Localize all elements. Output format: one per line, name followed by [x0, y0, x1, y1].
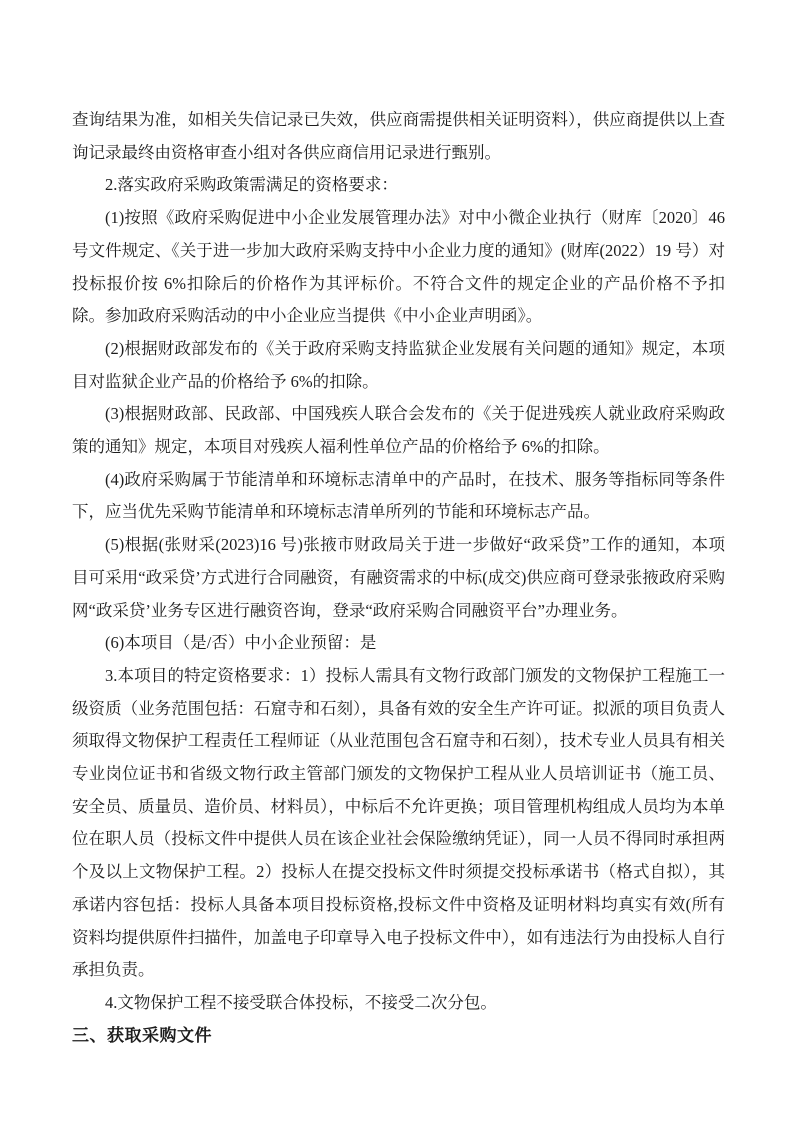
- paragraph-item-3: 3.本项目的特定资格要求：1）投标人需具有文物行政部门颁发的文物保护工程施工一级…: [72, 660, 725, 987]
- document-page: 查询结果为准，如相关失信记录已失效，供应商需提供相关证明资料），供应商提供以上查…: [0, 0, 793, 1122]
- section-heading-get-procurement-documents: 三、获取采购文件: [72, 1020, 725, 1053]
- paragraph-item-2-3: (3)根据财政部、民政部、中国残疾人联合会发布的《关于促进残疾人就业政府采购政策…: [72, 398, 725, 463]
- paragraph-item-2-1: (1)按照《政府采购促进中小企业发展管理办法》对中小微企业执行（财库〔2020〕…: [72, 202, 725, 333]
- paragraph-item-2-5: (5)根据(张财采(2023)16 号)张掖市财政局关于进一步做好“政采贷”工作…: [72, 529, 725, 627]
- paragraph-item-2-6: (6)本项目（是/否）中小企业预留：是: [72, 627, 725, 660]
- paragraph-continuation: 查询结果为准，如相关失信记录已失效，供应商需提供相关证明资料），供应商提供以上查…: [72, 104, 725, 169]
- paragraph-item-2-2: (2)根据财政部发布的《关于政府采购支持监狱企业发展有关问题的通知》规定，本项目…: [72, 333, 725, 398]
- paragraph-item-2-4: (4)政府采购属于节能清单和环境标志清单中的产品时，在技术、服务等指标同等条件下…: [72, 464, 725, 529]
- paragraph-item-2: 2.落实政府采购政策需满足的资格要求：: [72, 169, 725, 202]
- paragraph-item-4: 4.文物保护工程不接受联合体投标，不接受二次分包。: [72, 987, 725, 1020]
